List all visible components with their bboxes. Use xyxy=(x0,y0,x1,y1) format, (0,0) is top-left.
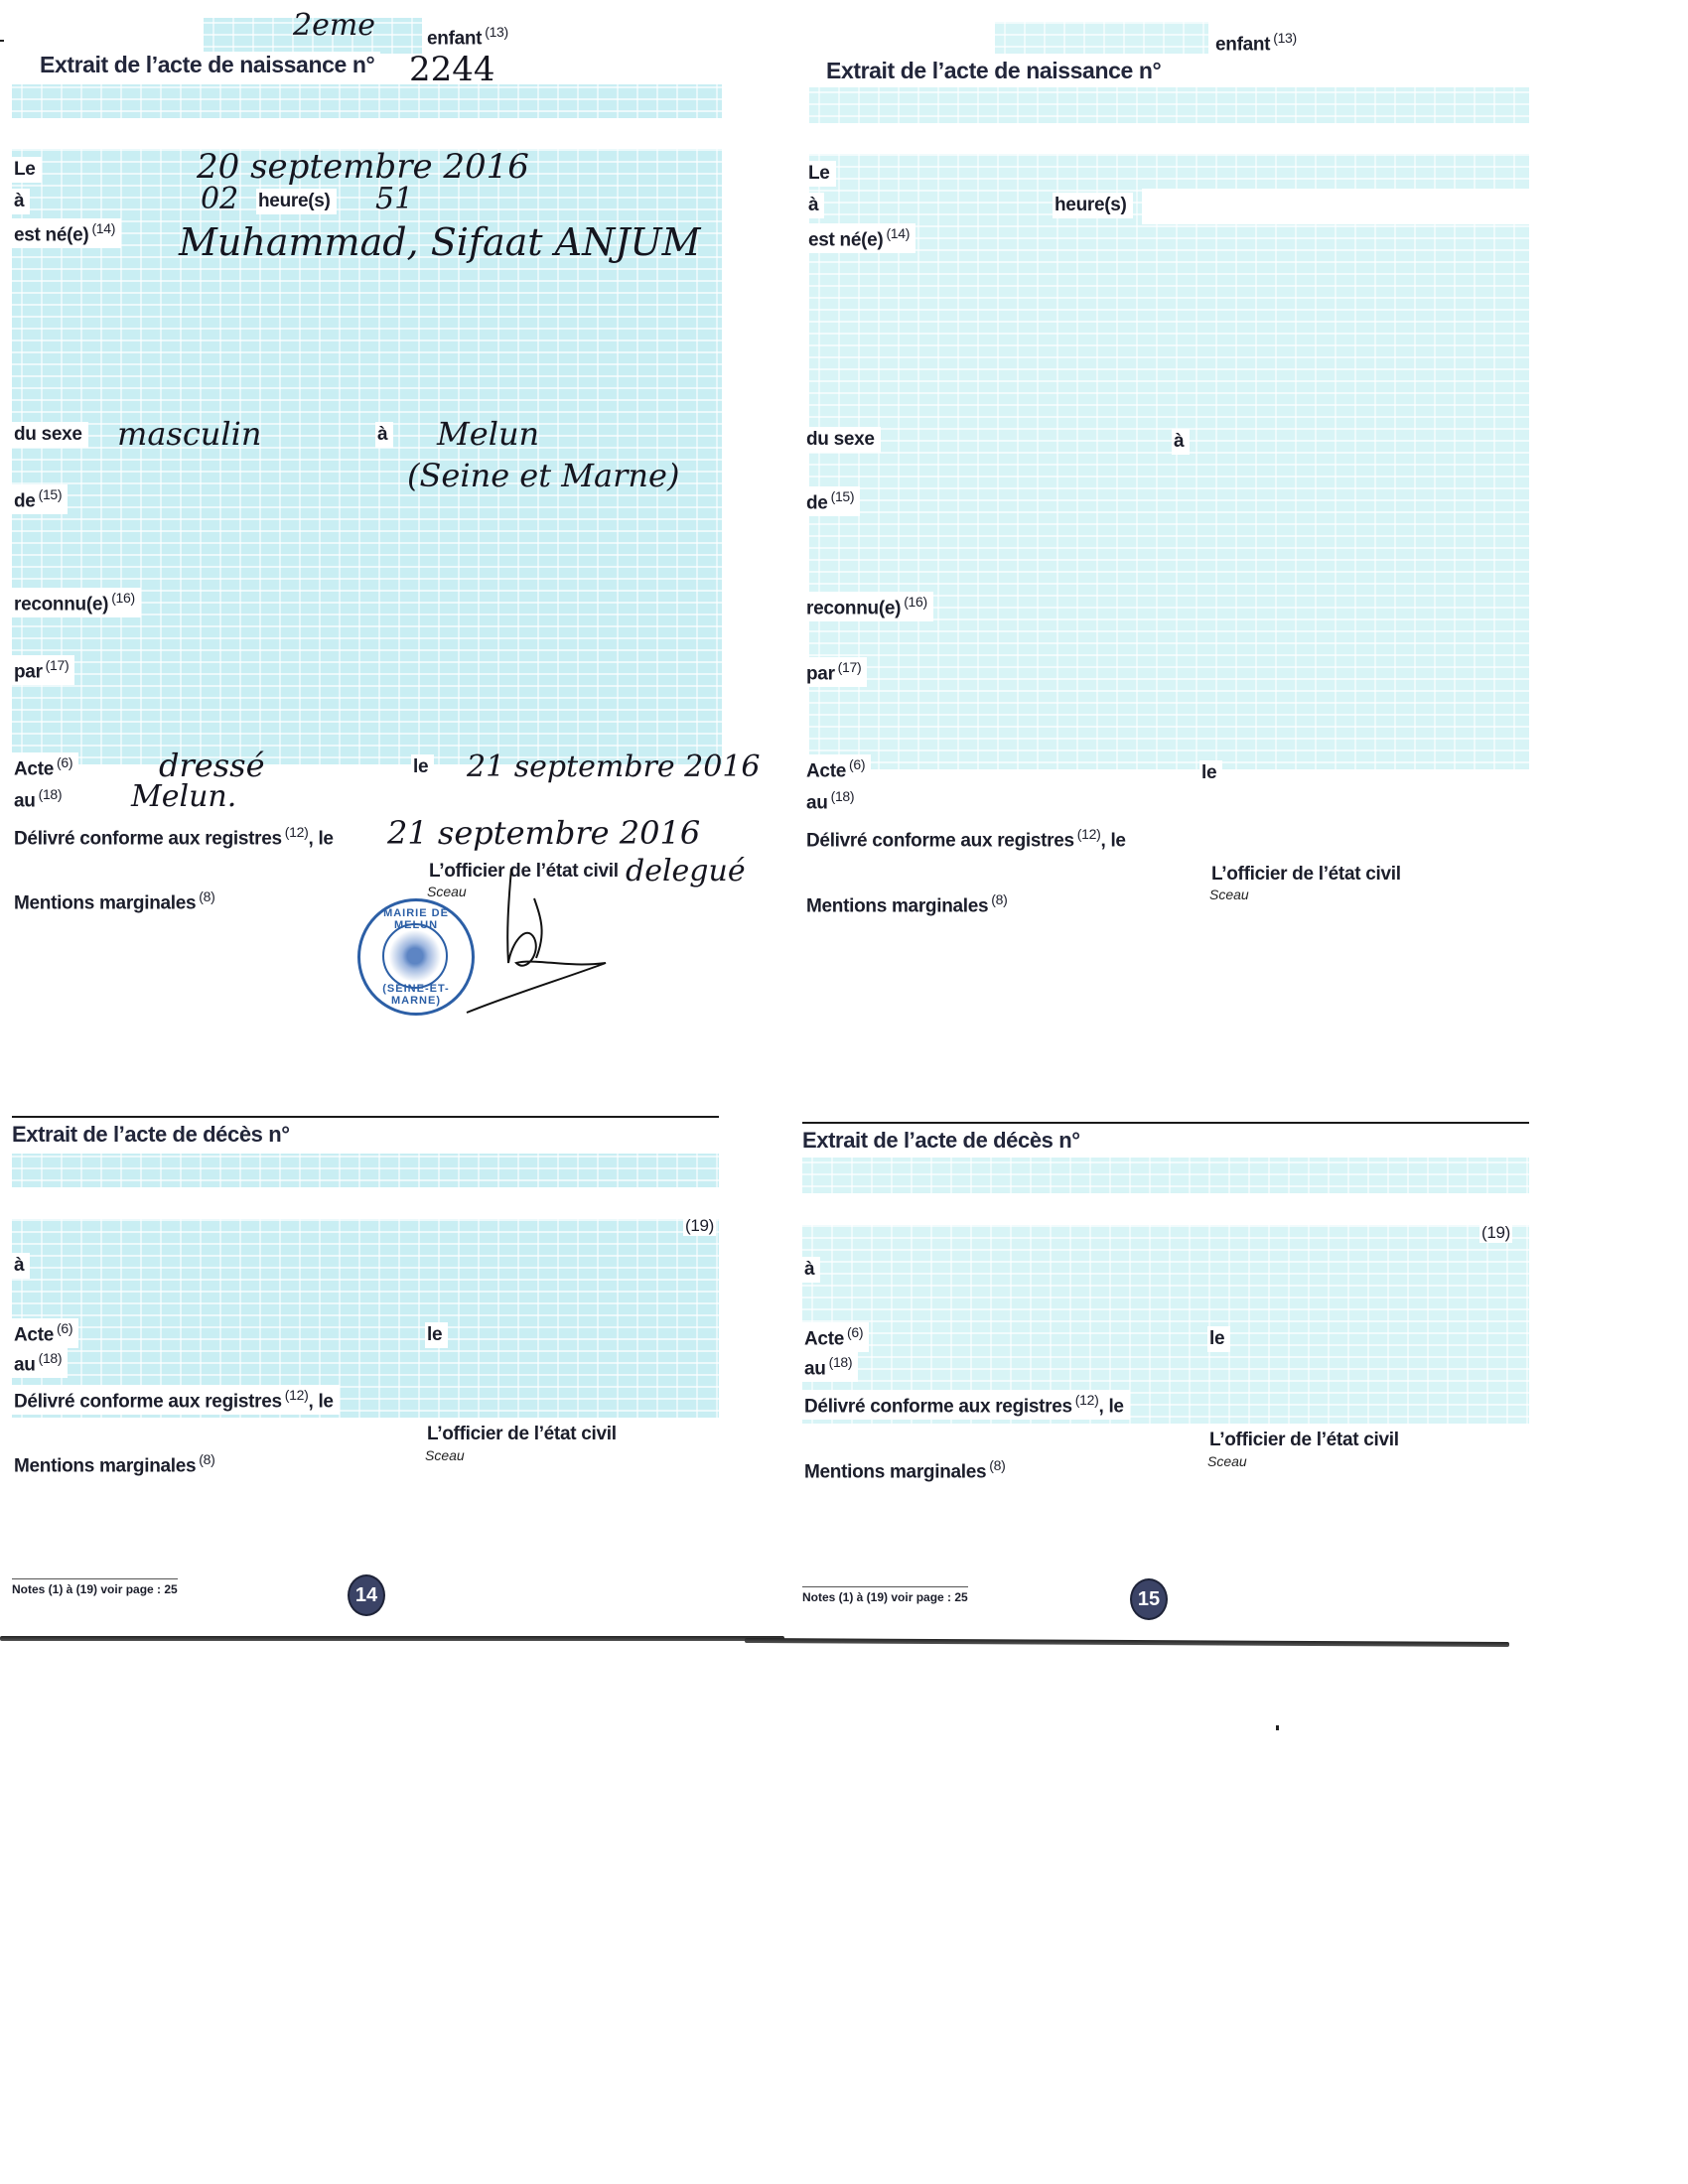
death-label-a: à xyxy=(12,1253,30,1279)
death-label-le: le xyxy=(425,1322,448,1348)
page-number-badge: 15 xyxy=(1130,1578,1168,1620)
label-sceau: Sceau xyxy=(1209,887,1249,902)
delivre-text: Délivré conforme aux registres xyxy=(806,830,1074,851)
death-title-band xyxy=(12,1154,719,1187)
est-ne-text: est né(e) xyxy=(808,229,883,250)
au-text: au xyxy=(14,790,36,811)
death-note-12: (12) xyxy=(285,1387,309,1403)
blank-area xyxy=(1142,189,1529,224)
death-au-text: au xyxy=(804,1358,826,1379)
note-14: (14) xyxy=(91,220,115,236)
death-note-18: (18) xyxy=(829,1354,853,1370)
death-note-12: (12) xyxy=(1075,1392,1099,1408)
acte-date-handwritten: 21 septembre 2016 xyxy=(467,750,761,784)
death-label-acte: Acte(6) xyxy=(12,1318,78,1348)
death-label-delivre: Délivré conforme aux registres(12), le xyxy=(802,1390,1130,1420)
death-note-19: (19) xyxy=(1479,1223,1512,1243)
label-le-acte: le xyxy=(411,754,434,780)
title-band xyxy=(809,87,1529,123)
left-page: 2eme enfant(13) Extrait de l’acte de nai… xyxy=(0,0,735,1648)
child-label-text: enfant xyxy=(427,28,482,49)
delivre-suffix: , le xyxy=(309,828,334,849)
label-a-place: à xyxy=(1172,429,1190,455)
label-du-sexe: du sexe xyxy=(804,427,881,453)
death-note-19: (19) xyxy=(683,1216,716,1236)
note-15: (15) xyxy=(831,488,855,504)
death-au-text: au xyxy=(14,1354,36,1375)
birth-title: Extrait de l’acte de naissance n° xyxy=(826,58,1167,84)
death-title: Extrait de l’acte de décès n° xyxy=(802,1128,1086,1154)
label-a-place: à xyxy=(375,422,393,448)
death-acte-text: Acte xyxy=(804,1328,844,1349)
death-mentions-text: Mentions marginales xyxy=(14,1455,196,1476)
label-le-acte: le xyxy=(1199,760,1222,786)
note-12: (12) xyxy=(285,824,309,840)
note-6: (6) xyxy=(849,756,865,772)
label-le: Le xyxy=(12,157,42,183)
death-label-le: le xyxy=(1207,1326,1230,1352)
birth-main-block xyxy=(809,154,1529,769)
label-a: à xyxy=(806,193,824,218)
death-label-a: à xyxy=(802,1257,820,1283)
delivre-text: Délivré conforme aux registres xyxy=(14,828,282,849)
footer-notes: Notes (1) à (19) voir page : 25 xyxy=(802,1586,968,1604)
title-band xyxy=(12,84,722,118)
death-note-8: (8) xyxy=(199,1451,214,1467)
note-15: (15) xyxy=(39,486,63,502)
acte-text: Acte xyxy=(14,758,54,779)
death-note-18: (18) xyxy=(39,1350,63,1366)
right-page: enfant(13) Extrait de l’acte de naissanc… xyxy=(784,0,1549,1648)
label-mentions: Mentions marginales(8) xyxy=(12,887,221,916)
page-bottom-edge xyxy=(745,1638,1509,1647)
death-label-acte: Acte(6) xyxy=(802,1322,869,1352)
note-6: (6) xyxy=(57,754,72,770)
reconnu-text: reconnu(e) xyxy=(806,598,901,618)
death-label-sceau: Sceau xyxy=(1207,1453,1247,1469)
par-text: par xyxy=(14,661,43,682)
birthplace-line1-handwritten: Melun xyxy=(437,415,539,453)
death-delivre-text: Délivré conforme aux registres xyxy=(804,1396,1072,1417)
birth-title: Extrait de l’acte de naissance n° xyxy=(40,52,380,78)
reconnu-text: reconnu(e) xyxy=(14,594,108,614)
child-name-handwritten: Muhammad, Sifaat ANJUM xyxy=(179,220,701,264)
label-au: au(18) xyxy=(804,786,860,816)
label-heures: heure(s) xyxy=(256,189,337,214)
note-16: (16) xyxy=(111,590,135,606)
label-a: à xyxy=(12,189,30,214)
act-number-handwritten: 2244 xyxy=(409,50,495,89)
label-reconnu: reconnu(e)(16) xyxy=(804,592,933,621)
label-officier: L’officier de l’état civil xyxy=(1209,862,1407,887)
death-note-6: (6) xyxy=(57,1320,72,1336)
officer-signature-icon xyxy=(417,864,616,1023)
death-delivre-text: Délivré conforme aux registres xyxy=(14,1391,282,1412)
death-title: Extrait de l’acte de décès n° xyxy=(12,1122,296,1148)
note-14: (14) xyxy=(886,225,910,241)
birthplace-line2-handwritten: (Seine et Marne) xyxy=(407,457,679,494)
death-delivre-suffix: , le xyxy=(309,1391,334,1412)
death-section-rule xyxy=(12,1116,719,1118)
label-mentions: Mentions marginales(8) xyxy=(804,889,1014,919)
death-note-6: (6) xyxy=(847,1324,863,1340)
note-17: (17) xyxy=(46,657,70,673)
delivre-suffix: , le xyxy=(1101,830,1126,851)
page-bottom-edge xyxy=(0,1636,784,1641)
death-label-officier: L’officier de l’état civil xyxy=(1207,1428,1405,1453)
note-18: (18) xyxy=(831,788,855,804)
child-label-text: enfant xyxy=(1215,34,1270,55)
child-rank-field xyxy=(995,22,1208,54)
delivre-date-handwritten: 21 septembre 2016 xyxy=(387,814,700,852)
note-12: (12) xyxy=(1077,826,1101,842)
child-label: enfant(13) xyxy=(425,22,514,52)
par-text: par xyxy=(806,663,835,684)
de-text: de xyxy=(806,492,828,513)
de-text: de xyxy=(14,490,36,511)
label-est-ne: est né(e)(14) xyxy=(806,223,915,253)
death-acte-text: Acte xyxy=(14,1324,54,1345)
death-note-8: (8) xyxy=(989,1457,1005,1473)
au-text: au xyxy=(806,792,828,813)
birth-minutes-handwritten: 51 xyxy=(375,182,413,216)
child-rank-handwritten: 2eme xyxy=(293,8,375,43)
note-8: (8) xyxy=(199,888,214,904)
sex-handwritten: masculin xyxy=(117,415,261,453)
scan-speck xyxy=(1276,1725,1279,1730)
label-le: Le xyxy=(806,161,836,187)
note-13: (13) xyxy=(1273,30,1297,46)
label-au: au(18) xyxy=(12,784,68,814)
page-number-badge: 14 xyxy=(348,1574,385,1616)
est-ne-text: est né(e) xyxy=(14,224,88,245)
death-label-mentions: Mentions marginales(8) xyxy=(802,1455,1012,1485)
child-label: enfant(13) xyxy=(1213,28,1303,58)
label-de: de(15) xyxy=(804,486,860,516)
note-8: (8) xyxy=(991,891,1007,907)
death-section-rule xyxy=(802,1122,1529,1124)
note-16: (16) xyxy=(904,594,927,610)
death-mentions-text: Mentions marginales xyxy=(804,1461,986,1482)
acte-text: Acte xyxy=(806,760,846,781)
note-17: (17) xyxy=(838,659,862,675)
death-delivre-suffix: , le xyxy=(1099,1396,1124,1417)
officier-suffix-handwritten: delegué xyxy=(626,854,746,888)
label-par: par(17) xyxy=(12,655,74,685)
label-reconnu: reconnu(e)(16) xyxy=(12,588,141,617)
note-13: (13) xyxy=(485,24,508,40)
label-heures: heure(s) xyxy=(1053,193,1133,218)
label-par: par(17) xyxy=(804,657,867,687)
label-delivre: Délivré conforme aux registres(12), le xyxy=(804,824,1132,854)
note-18: (18) xyxy=(39,786,63,802)
label-delivre: Délivré conforme aux registres(12), le xyxy=(12,822,340,852)
au-value-handwritten: Melun. xyxy=(131,779,236,814)
death-label-au: au(18) xyxy=(12,1348,68,1378)
mentions-text: Mentions marginales xyxy=(806,895,988,916)
label-acte: Acte(6) xyxy=(12,752,78,782)
label-acte: Acte(6) xyxy=(804,754,871,784)
death-label-sceau: Sceau xyxy=(425,1447,465,1463)
death-title-band xyxy=(802,1158,1529,1193)
label-est-ne: est né(e)(14) xyxy=(12,218,121,248)
mentions-text: Mentions marginales xyxy=(14,892,196,913)
death-label-delivre: Délivré conforme aux registres(12), le xyxy=(12,1385,340,1415)
birth-date-handwritten: 20 septembre 2016 xyxy=(197,147,529,187)
death-label-mentions: Mentions marginales(8) xyxy=(12,1449,221,1479)
label-de: de(15) xyxy=(12,484,68,514)
death-label-au: au(18) xyxy=(802,1352,858,1382)
birth-hour-handwritten: 02 xyxy=(201,182,238,216)
death-label-officier: L’officier de l’état civil xyxy=(425,1422,623,1447)
footer-notes: Notes (1) à (19) voir page : 25 xyxy=(12,1578,178,1596)
label-du-sexe: du sexe xyxy=(12,422,88,448)
scan-speck xyxy=(0,40,4,42)
